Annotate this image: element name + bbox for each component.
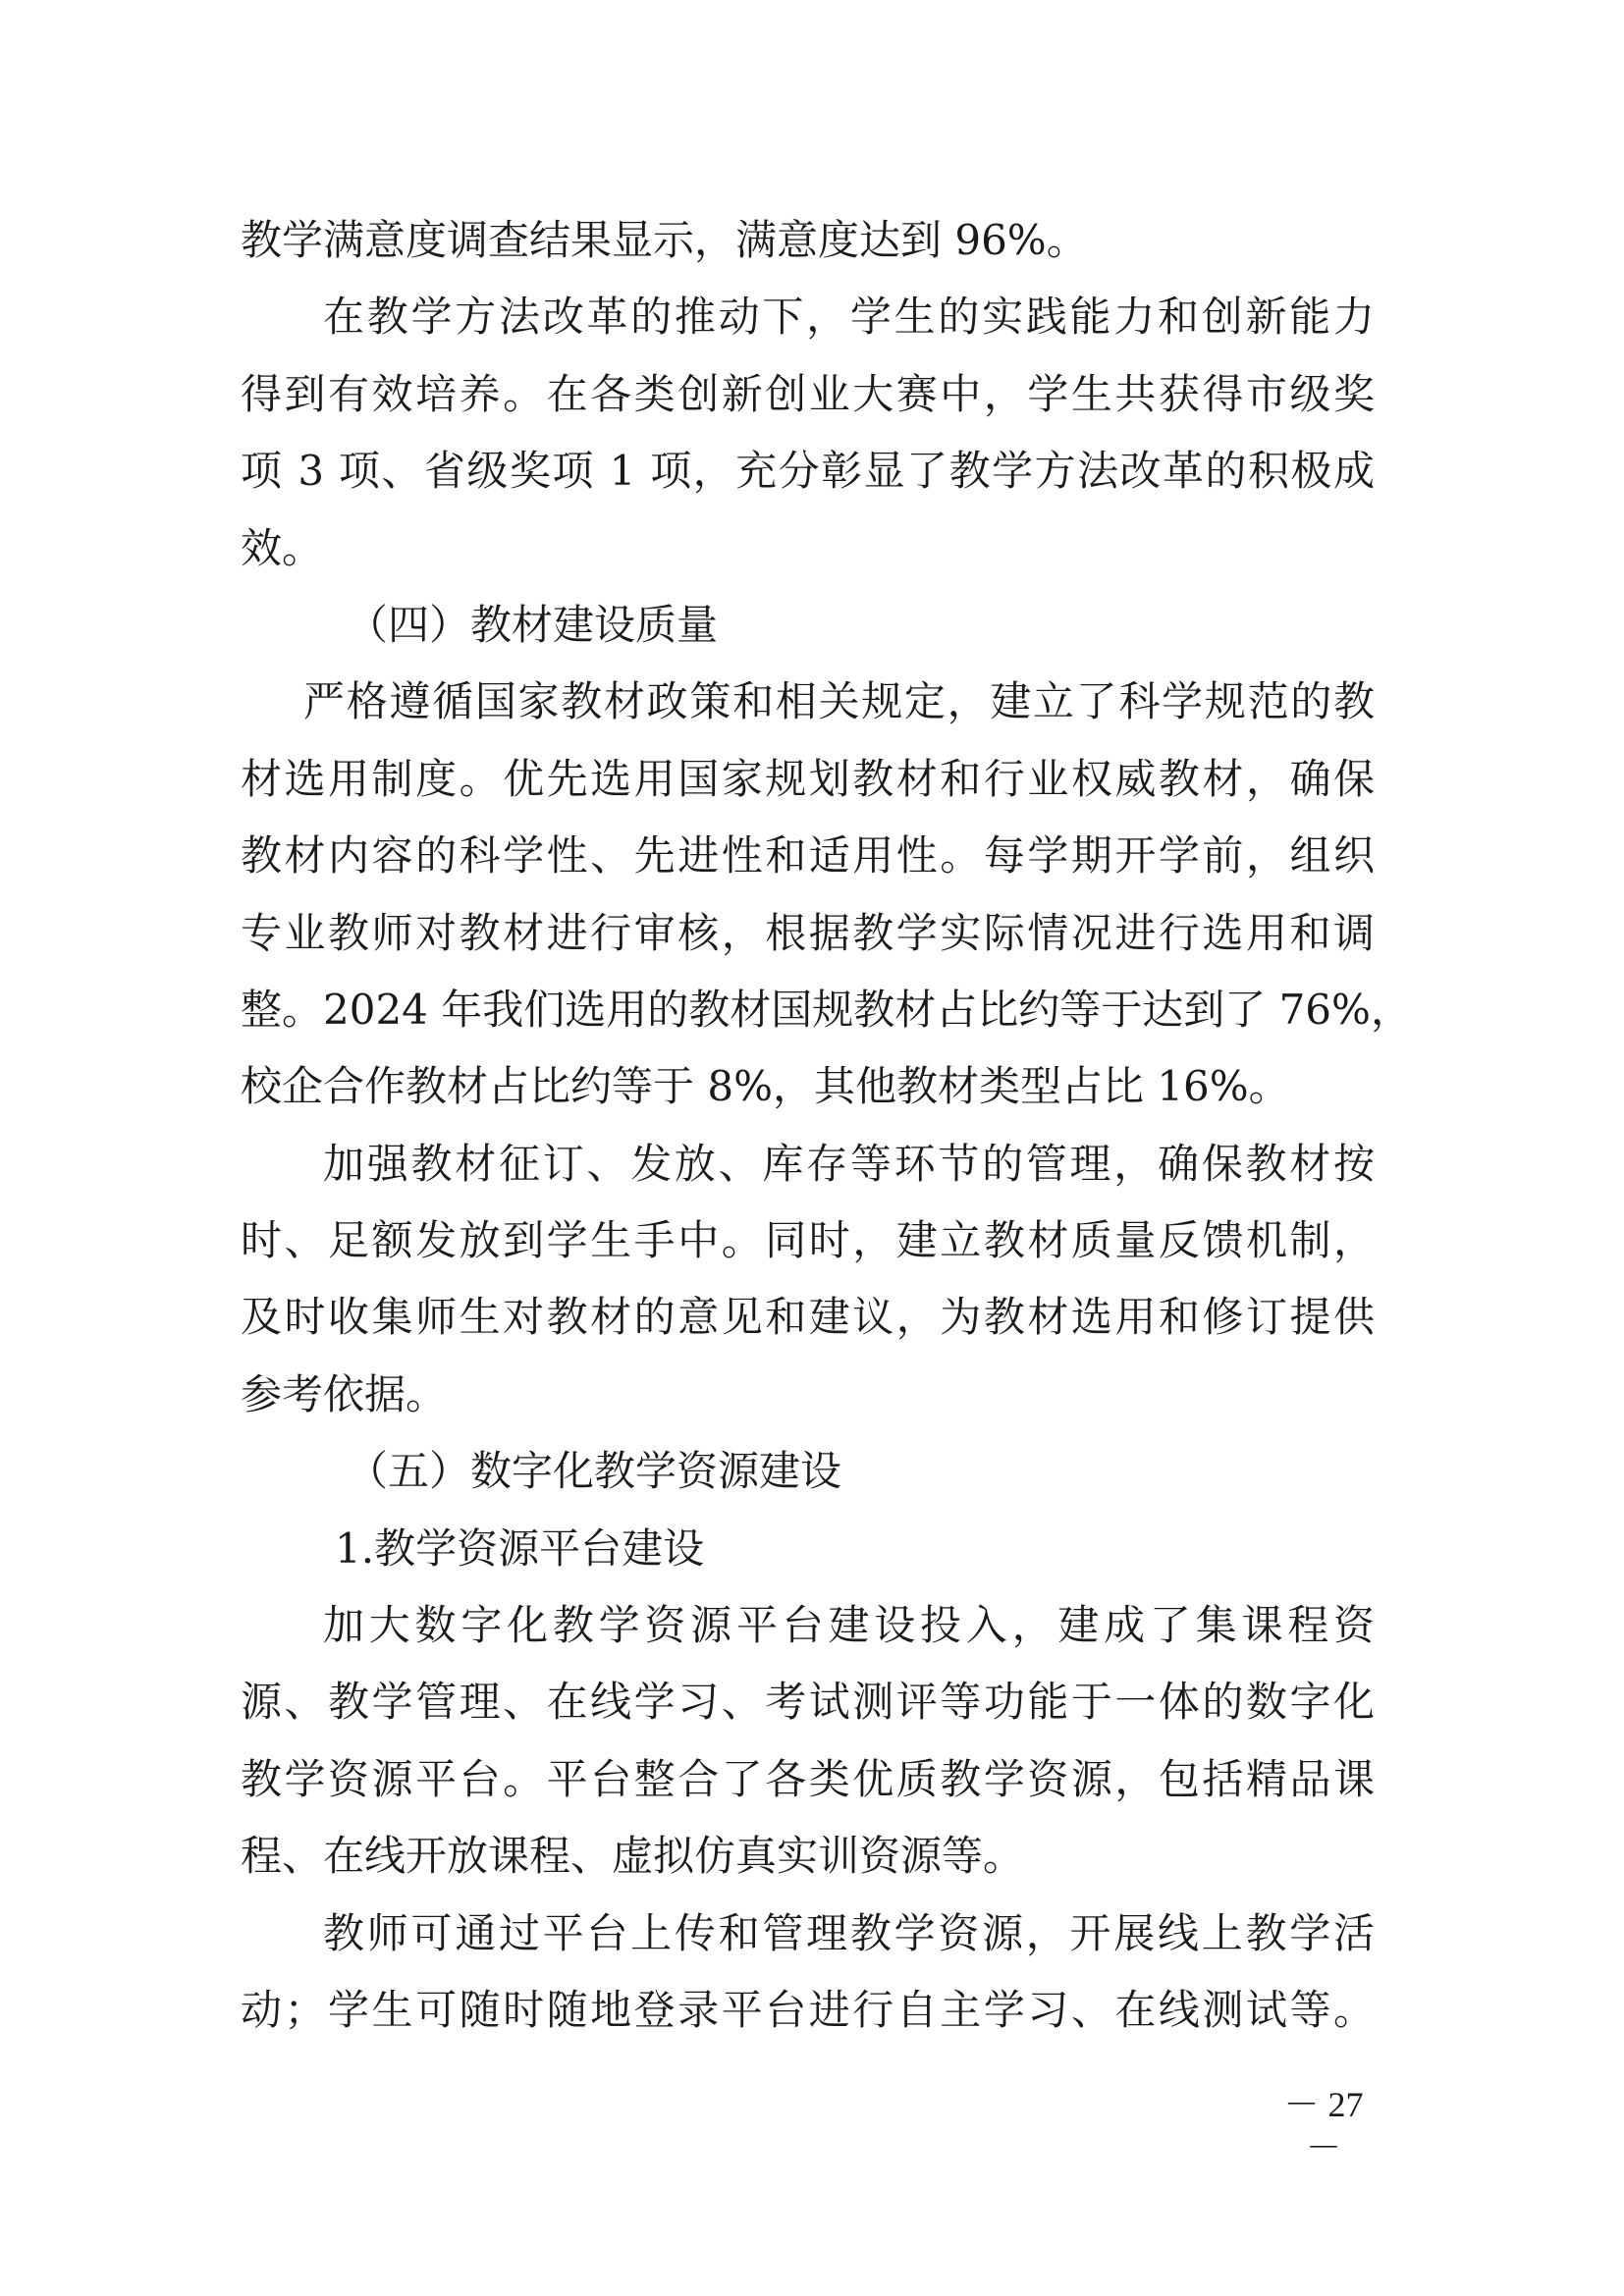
paragraph-line: 加大数字化教学资源平台建设投入，建成了集课程资: [241, 1598, 1375, 1675]
paragraph-line: 整。2024 年我们选用的教材国规教材占比约等于达到了 76%，: [241, 983, 1375, 1059]
paragraph-line: 校企合作教材占比约等于 8%，其他教材类型占比 16%。: [241, 1059, 1375, 1136]
section-heading: （四）教材建设质量: [241, 598, 1375, 674]
document-page: 教学满意度调查结果显示，满意度达到 96%。 在教学方法改革的推动下，学生的实践…: [0, 0, 1624, 2296]
paragraph-line: 程、在线开放课程、虚拟仿真实训资源等。: [241, 1829, 1375, 1905]
body-text: 教学满意度调查结果显示，满意度达到 96%。 在教学方法改革的推动下，学生的实践…: [241, 213, 1375, 2059]
section-heading: （五）数字化教学资源建设: [241, 1444, 1375, 1521]
paragraph-line: 专业教师对教材进行审核，根据教学实际情况进行选用和调: [241, 906, 1375, 983]
paragraph-line: 教材内容的科学性、先进性和适用性。每学期开学前，组织: [241, 828, 1375, 905]
paragraph-line: 及时收集师生对教材的意见和建议，为教材选用和修订提供: [241, 1290, 1375, 1366]
paragraph-line: 教师可通过平台上传和管理教学资源，开展线上教学活: [241, 1906, 1375, 1983]
page-number: － 27 －: [1263, 2083, 1384, 2169]
paragraph-line: 加强教材征订、发放、库存等环节的管理，确保教材按: [241, 1137, 1375, 1213]
paragraph-line: 源、教学管理、在线学习、考试测评等功能于一体的数字化: [241, 1675, 1375, 1751]
paragraph-line: 材选用制度。优先选用国家规划教材和行业权威教材，确保: [241, 752, 1375, 828]
paragraph-line: 得到有效培养。在各类创新创业大赛中，学生共获得市级奖: [241, 367, 1375, 444]
paragraph-line: 教学满意度调查结果显示，满意度达到 96%。: [241, 213, 1375, 290]
paragraph-line: 教学资源平台。平台整合了各类优质教学资源，包括精品课: [241, 1752, 1375, 1829]
paragraph-line: 效。: [241, 521, 1375, 598]
paragraph-line: 项 3 项、省级奖项 1 项，充分彰显了教学方法改革的积极成: [241, 444, 1375, 520]
paragraph-line: 动；学生可随时随地登录平台进行自主学习、在线测试等。: [241, 1983, 1375, 2059]
subsection-heading: 1.教学资源平台建设: [241, 1522, 1375, 1598]
paragraph-line: 在教学方法改革的推动下，学生的实践能力和创新能力: [241, 290, 1375, 366]
paragraph-line: 严格遵循国家教材政策和相关规定，建立了科学规范的教: [241, 674, 1375, 751]
paragraph-line: 参考依据。: [241, 1367, 1375, 1444]
paragraph-line: 时、足额发放到学生手中。同时，建立教材质量反馈机制，: [241, 1213, 1375, 1290]
